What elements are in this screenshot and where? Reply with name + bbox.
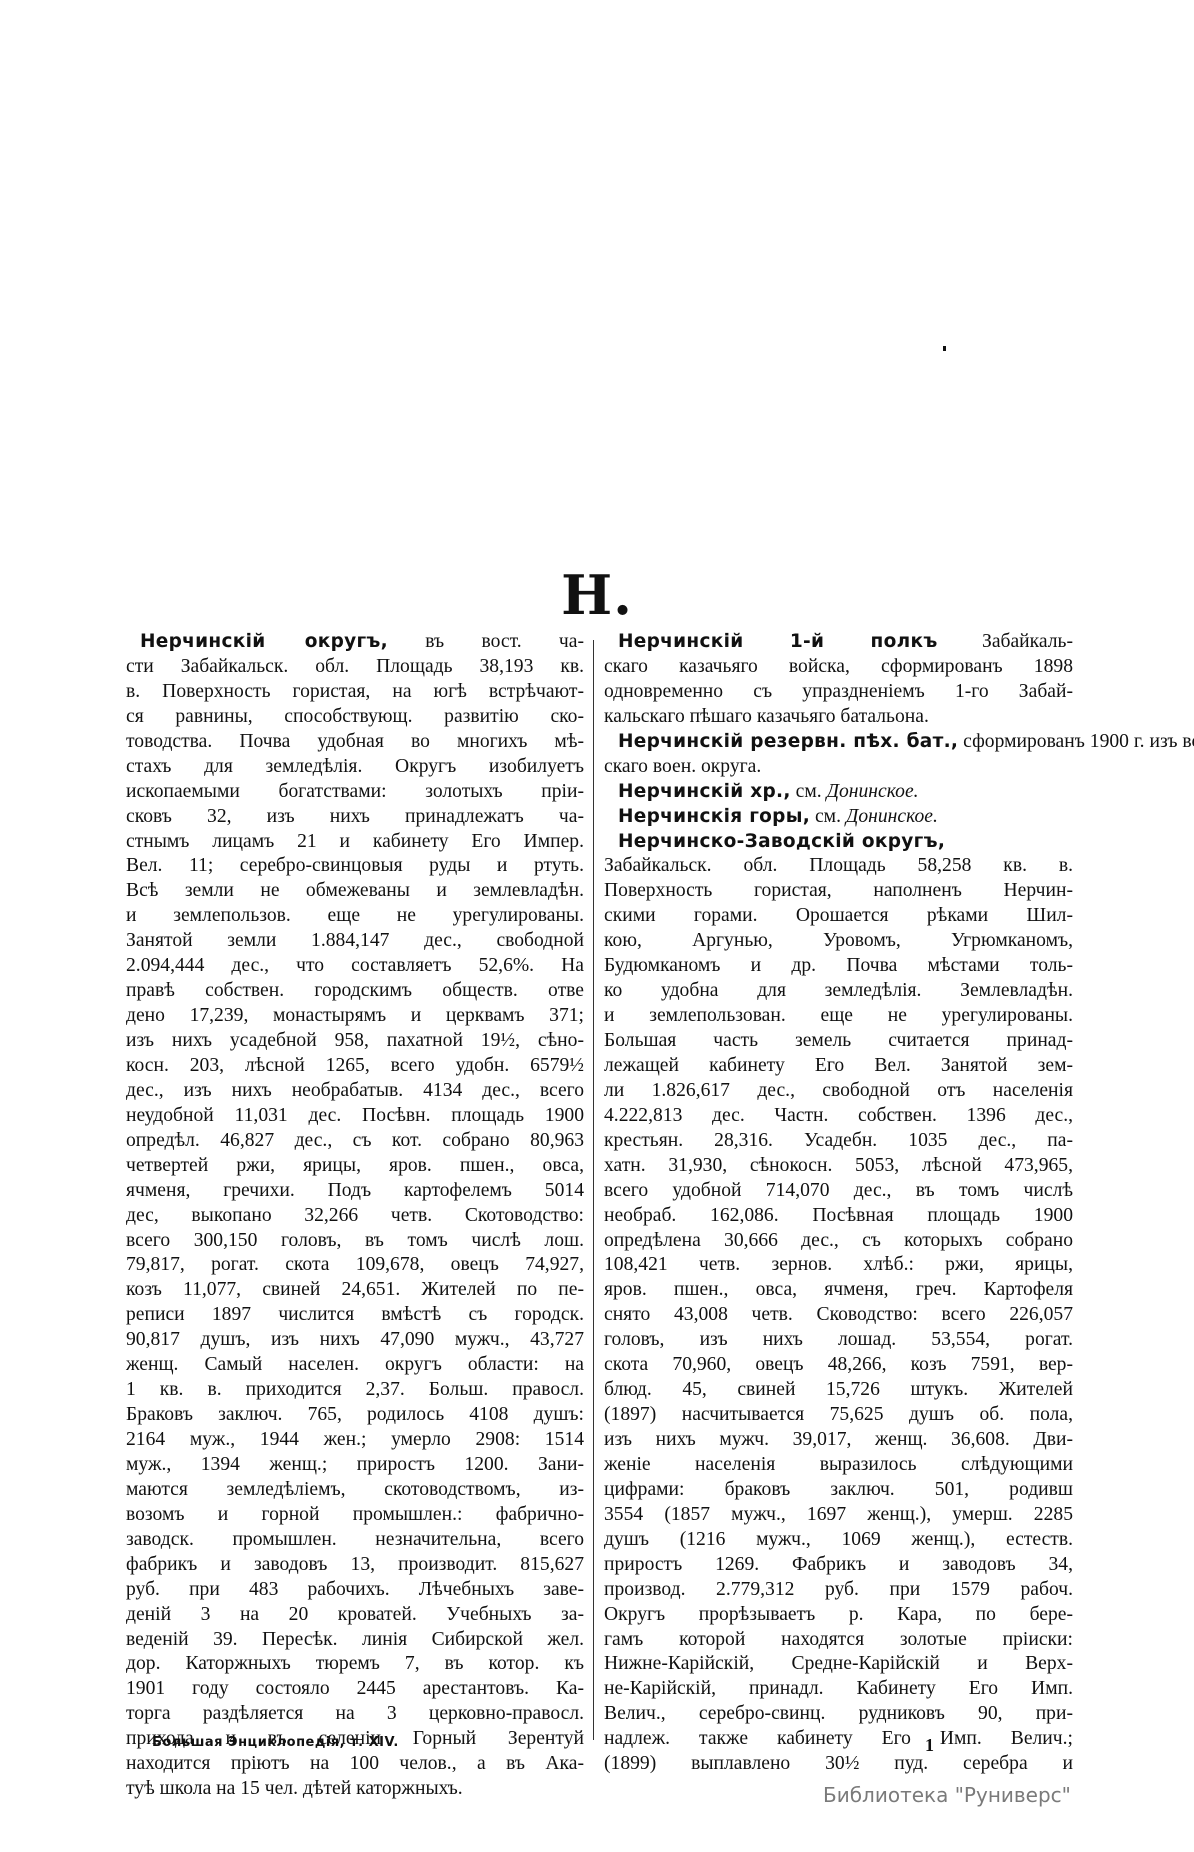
line-text: цифрами: браковъ заключ. 501, родивш <box>604 1479 1073 1500</box>
text-line: 4.222,813 дес. Частн. собствен. 1396 дес… <box>604 1104 1073 1129</box>
left-column: Нерчинскій округъ, въ вост. ча-сти Забай… <box>126 630 584 1802</box>
cross-reference-link: Донинское. <box>827 781 919 802</box>
text-line: заводск. промышлен. незначительна, всего <box>126 1528 584 1553</box>
text-line: в. Поверхность гористая, на югѣ встрѣчаю… <box>126 680 584 705</box>
line-text: 79,817, рогат. скота 109,678, овецъ 74,9… <box>126 1254 584 1275</box>
line-text: Округъ прорѣзываетъ р. Кара, по бере- <box>604 1604 1073 1625</box>
headword-line: Нерчинско-Заводскій округъ, <box>604 830 1073 855</box>
right-column: Нерчинскій 1-й полкъ Забайкаль-скаго каз… <box>604 630 1073 1777</box>
line-text: опредѣлена 30,666 дес., съ которыхъ собр… <box>604 1230 1073 1251</box>
text-line: скаго воен. округа. <box>604 755 1073 780</box>
line-text: в. Поверхность гористая, на югѣ встрѣчаю… <box>126 681 584 702</box>
line-text: дес., изъ нихъ необрабатыв. 4134 дес., в… <box>126 1080 584 1101</box>
text-line: изъ нихъ усадебной 958, пахатной 19½, сѣ… <box>126 1029 584 1054</box>
entry-headword: Нерчинскій хр., <box>618 781 791 802</box>
text-line: душъ (1216 мужч., 1069 женщ.), естеств. <box>604 1528 1073 1553</box>
text-line: 79,817, рогат. скота 109,678, овецъ 74,9… <box>126 1253 584 1278</box>
text-line: опредѣлена 30,666 дес., съ которыхъ собр… <box>604 1229 1073 1254</box>
line-text: стнымъ лицамъ 21 и кабинету Его Импер. <box>126 831 584 852</box>
text-line: скими горами. Орошается рѣками Шил- <box>604 904 1073 929</box>
line-text: сти Забайкальск. обл. Площадь 38,193 кв. <box>126 656 584 677</box>
text-line: и землепользован. еще не урегулированы. <box>604 1004 1073 1029</box>
text-line: торга раздѣляется на 3 церковно-правосл. <box>126 1702 584 1727</box>
line-text: изъ нихъ мужч. 39,017, женщ. 36,608. Дви… <box>604 1429 1073 1450</box>
text-line: Нижне-Карійскій, Средне-Карійскій и Верх… <box>604 1652 1073 1677</box>
line-text: правѣ собствен. городскимъ обществ. отве <box>126 980 584 1001</box>
line-text: неудобной 11,031 дес. Посѣвн. площадь 19… <box>126 1105 584 1126</box>
text-line: руб. при 483 рабочихъ. Лѣчебныхъ заве- <box>126 1578 584 1603</box>
text-line: сковъ 32, изъ нихъ принадлежатъ ча- <box>126 805 584 830</box>
text-line: приростъ 1269. Фабрикъ и заводовъ 34, <box>604 1553 1073 1578</box>
text-line: правѣ собствен. городскимъ обществ. отве <box>126 979 584 1004</box>
line-text: Большая часть земель считается принад- <box>604 1030 1073 1051</box>
text-line: дено 17,239, монастырямъ и церквамъ 371; <box>126 1004 584 1029</box>
text-line: (1897) насчитывается 75,625 душъ об. пол… <box>604 1403 1073 1428</box>
line-text: лежащей кабинету Его Вел. Занятой зем- <box>604 1055 1073 1076</box>
line-text: товодства. Почва удобная во многихъ мѣ- <box>126 731 584 752</box>
line-text: кальскаго пѣшаго казачьяго батальона. <box>604 706 929 727</box>
text-line: возомъ и горной промышлен.: фабрично- <box>126 1503 584 1528</box>
line-text: фабрикъ и заводовъ 13, производит. 815,6… <box>126 1554 584 1575</box>
line-text: косн. 203, лѣсной 1265, всего удобн. 657… <box>126 1055 584 1076</box>
text-line: туѣ школа на 15 чел. дѣтей каторжныхъ. <box>126 1777 584 1802</box>
line-text: не-Карійскій, принадл. Кабинету Его Имп. <box>604 1678 1073 1699</box>
line-text: (1897) насчитывается 75,625 душъ об. пол… <box>604 1404 1073 1425</box>
text-line: снято 43,008 четв. Сководство: всего 226… <box>604 1303 1073 1328</box>
line-text: 3554 (1857 мужч., 1697 женщ.), умерш. 22… <box>604 1504 1073 1525</box>
text-line: муж., 1394 женщ.; приростъ 1200. Зани- <box>126 1453 584 1478</box>
text-line: Браковъ заключ. 765, родилось 4108 душъ: <box>126 1403 584 1428</box>
line-text: женщ. Самый населен. округъ области: на <box>126 1354 584 1375</box>
text-line: лежащей кабинету Его Вел. Занятой зем- <box>604 1054 1073 1079</box>
line-text: ко удобна для земледѣлія. Землевладѣн. <box>604 980 1073 1001</box>
line-text: женіе населенія выразилось слѣдующими <box>604 1454 1073 1475</box>
line-text: ячменя, гречихи. Подъ картофелемъ 5014 <box>126 1180 584 1201</box>
text-line: дес., изъ нихъ необрабатыв. 4134 дес., в… <box>126 1079 584 1104</box>
text-line: дес, выкопано 32,266 четв. Скотоводство: <box>126 1204 584 1229</box>
line-text: крестьян. 28,316. Усадебн. 1035 дес., па… <box>604 1130 1073 1151</box>
text-line: Забайкальск. обл. Площадь 58,258 кв. в. <box>604 854 1073 879</box>
line-text: яров. пшен., овса, ячменя, греч. Картофе… <box>604 1279 1073 1300</box>
text-line: Будюмканомъ и др. Почва мѣстами толь- <box>604 954 1073 979</box>
line-text: торга раздѣляется на 3 церковно-правосл. <box>126 1703 584 1724</box>
line-text: Забайкальск. обл. Площадь 58,258 кв. в. <box>604 855 1073 876</box>
line-text: скаго воен. округа. <box>604 756 761 777</box>
text-line: женщ. Самый населен. округъ области: на <box>126 1353 584 1378</box>
library-watermark: Библиотека "Руниверс" <box>823 1783 1071 1807</box>
line-text: сковъ 32, изъ нихъ принадлежатъ ча- <box>126 806 584 827</box>
text-line: товодства. Почва удобная во многихъ мѣ- <box>126 730 584 755</box>
text-line: женіе населенія выразилось слѣдующими <box>604 1453 1073 1478</box>
line-text: заводск. промышлен. незначительна, всего <box>126 1529 584 1550</box>
text-line: косн. 203, лѣсной 1265, всего удобн. 657… <box>126 1054 584 1079</box>
encyclopedia-entry: Нерчинскій 1-й полкъ Забайкаль-скаго каз… <box>604 630 1073 730</box>
line-text: стахъ для земледѣлія. Округъ изобилуетъ <box>126 756 584 777</box>
text-line: производ. 2.779,312 руб. при 1579 рабоч. <box>604 1578 1073 1603</box>
text-line: (1899) выплавлено 30½ пуд. серебра и <box>604 1752 1073 1777</box>
line-text: руб. при 483 рабочихъ. Лѣчебныхъ заве- <box>126 1579 584 1600</box>
text-line: дор. Каторжныхъ тюремъ 7, въ котор. къ <box>126 1652 584 1677</box>
text-line: Велич., серебро-свинц. рудниковъ 90, при… <box>604 1702 1073 1727</box>
line-text: муж., 1394 женщ.; приростъ 1200. Зани- <box>126 1454 584 1475</box>
text-line: надлеж. также кабинету Его Имп. Велич.; <box>604 1727 1073 1752</box>
line-text: козъ 11,077, свиней 24,651. Жителей по п… <box>126 1279 584 1300</box>
line-text: душъ (1216 мужч., 1069 женщ.), естеств. <box>604 1529 1073 1550</box>
line-text: Будюмканомъ и др. Почва мѣстами толь- <box>604 955 1073 976</box>
line-text: деній 3 на 20 кроватей. Учебныхъ за- <box>126 1604 584 1625</box>
section-letter-heading: Н. <box>0 565 1194 625</box>
text-line: кальскаго пѣшаго казачьяго батальона. <box>604 705 1073 730</box>
footer-volume-title: Большая Энциклопедія, т. XIV. <box>152 1735 399 1750</box>
text-line: 3554 (1857 мужч., 1697 женщ.), умерш. 22… <box>604 1503 1073 1528</box>
cross-reference-line: Нерчинскій хр., см. Донинское. <box>604 780 1073 805</box>
line-text: приростъ 1269. Фабрикъ и заводовъ 34, <box>604 1554 1073 1575</box>
text-line: ископаемыми богатствами: золотыхъ пріи- <box>126 780 584 805</box>
line-text: Занятой земли 1.884,147 дес., свободной <box>126 930 584 951</box>
line-text: ископаемыми богатствами: золотыхъ пріи- <box>126 781 584 802</box>
line-text: 2164 муж., 1944 жен.; умерло 2908: 1514 <box>126 1429 584 1450</box>
text-line: Всѣ земли не обмежеваны и землевладѣн. <box>126 879 584 904</box>
text-line: цифрами: браковъ заключ. 501, родивш <box>604 1478 1073 1503</box>
text-line: Нерчинскій резервн. пѣх. бат., сформиров… <box>604 730 1073 755</box>
line-text: Всѣ земли не обмежеваны и землевладѣн. <box>126 880 584 901</box>
text-line: блюд. 45, свиней 15,726 штукъ. Жителей <box>604 1378 1073 1403</box>
line-text: Браковъ заключ. 765, родилось 4108 душъ: <box>126 1404 584 1425</box>
cross-reference-link: Донинское. <box>846 806 938 827</box>
text-line: яров. пшен., овса, ячменя, греч. Картофе… <box>604 1278 1073 1303</box>
line-text: четвертей ржи, ярицы, яров. пшен., овса, <box>126 1155 584 1176</box>
line-text: кою, Аргунью, Уровомъ, Угрюмканомъ, <box>604 930 1073 951</box>
line-text: дено 17,239, монастырямъ и церквамъ 371; <box>126 1005 584 1026</box>
line-text: туѣ школа на 15 чел. дѣтей каторжныхъ. <box>126 1778 463 1799</box>
text-line: фабрикъ и заводовъ 13, производит. 815,6… <box>126 1553 584 1578</box>
line-text: въ вост. ча- <box>425 631 584 652</box>
line-text: 1 кв. в. приходится 2,37. Больш. правосл… <box>126 1379 584 1400</box>
line-text: Велич., серебро-свинц. рудниковъ 90, при… <box>604 1703 1073 1724</box>
line-text: Нижне-Карійскій, Средне-Карійскій и Верх… <box>604 1653 1073 1674</box>
line-text: возомъ и горной промышлен.: фабрично- <box>126 1504 584 1525</box>
line-text: скота 70,960, овецъ 48,266, козъ 7591, в… <box>604 1354 1073 1375</box>
text-line: 108,421 четв. зернов. хлѣб.: ржи, ярицы, <box>604 1253 1073 1278</box>
text-line: козъ 11,077, свиней 24,651. Жителей по п… <box>126 1278 584 1303</box>
line-text: дес, выкопано 32,266 четв. Скотоводство: <box>126 1205 584 1226</box>
text-line: стнымъ лицамъ 21 и кабинету Его Импер. <box>126 830 584 855</box>
text-line: гамъ которой находятся золотые пріиски: <box>604 1628 1073 1653</box>
text-line: ячменя, гречихи. Подъ картофелемъ 5014 <box>126 1179 584 1204</box>
text-line: неудобной 11,031 дес. Посѣвн. площадь 19… <box>126 1104 584 1129</box>
line-text: головъ, изъ нихъ лошад. 53,554, рогат. <box>604 1329 1073 1350</box>
text-line: 90,817 душъ, изъ нихъ 47,090 мужч., 43,7… <box>126 1328 584 1353</box>
text-line: 1 кв. в. приходится 2,37. Больш. правосл… <box>126 1378 584 1403</box>
line-text: надлеж. также кабинету Его Имп. Велич.; <box>604 1728 1073 1749</box>
line-text: реписи 1897 числится вмѣстѣ съ городск. <box>126 1304 584 1325</box>
line-text: веденій 39. Пересѣк. линія Сибирской жел… <box>126 1629 584 1650</box>
text-line: Большая часть земель считается принад- <box>604 1029 1073 1054</box>
text-line: кою, Аргунью, Уровомъ, Угрюмканомъ, <box>604 929 1073 954</box>
text-line: ся равнины, способствующ. развитію ско- <box>126 705 584 730</box>
text-line: деній 3 на 20 кроватей. Учебныхъ за- <box>126 1603 584 1628</box>
encyclopedia-entry: Нерчинскій резервн. пѣх. бат., сформиров… <box>604 730 1073 780</box>
line-text: (1899) выплавлено 30½ пуд. серебра и <box>604 1753 1073 1774</box>
line-text: снято 43,008 четв. Сководство: всего 226… <box>604 1304 1073 1325</box>
text-line: скаго казачьяго войска, сформированъ 189… <box>604 655 1073 680</box>
line-text: 2.094,444 дес., что составляетъ 52,6%. Н… <box>126 955 584 976</box>
page-signature-mark: 1 <box>925 1735 934 1756</box>
line-text: маются земледѣліемъ, скотоводствомъ, из- <box>126 1479 584 1500</box>
scan-speck <box>943 346 946 351</box>
cross-reference-line: Нерчинскія горы, см. Донинское. <box>604 805 1073 830</box>
column-divider <box>593 640 594 1740</box>
text-line: реписи 1897 числится вмѣстѣ съ городск. <box>126 1303 584 1328</box>
line-text: всего удобной 714,070 дес., въ томъ числ… <box>604 1180 1073 1201</box>
line-text: скими горами. Орошается рѣками Шил- <box>604 905 1073 926</box>
text-line: стахъ для земледѣлія. Округъ изобилуетъ <box>126 755 584 780</box>
text-line: необраб. 162,086. Посѣвная площадь 1900 <box>604 1204 1073 1229</box>
line-text: дор. Каторжныхъ тюремъ 7, въ котор. къ <box>126 1653 584 1674</box>
text-line: не-Карійскій, принадл. Кабинету Его Имп. <box>604 1677 1073 1702</box>
line-text: блюд. 45, свиней 15,726 штукъ. Жителей <box>604 1379 1073 1400</box>
see-label: см. <box>796 781 822 802</box>
text-line: одновременно съ упраздненіемъ 1-го Забай… <box>604 680 1073 705</box>
text-line: 2164 муж., 1944 жен.; умерло 2908: 1514 <box>126 1428 584 1453</box>
text-line: сти Забайкальск. обл. Площадь 38,193 кв. <box>126 655 584 680</box>
line-text: сформированъ 1900 г. изъ войскъ Пріамур- <box>963 731 1194 752</box>
line-text: и землепользован. еще не урегулированы. <box>604 1005 1073 1026</box>
text-line: веденій 39. Пересѣк. линія Сибирской жел… <box>126 1628 584 1653</box>
entry-headword: Нерчинскій округъ, <box>140 631 388 652</box>
text-line: Поверхность гористая, наполненъ Нерчин- <box>604 879 1073 904</box>
text-line: 1901 году состояло 2445 арестантовъ. Ка- <box>126 1677 584 1702</box>
text-line: маются земледѣліемъ, скотоводствомъ, из- <box>126 1478 584 1503</box>
entry-headword: Нерчинскій 1-й полкъ <box>618 631 938 652</box>
text-line: находится пріютъ на 100 челов., а въ Ака… <box>126 1752 584 1777</box>
text-line: Округъ прорѣзываетъ р. Кара, по бере- <box>604 1603 1073 1628</box>
line-text: производ. 2.779,312 руб. при 1579 рабоч. <box>604 1579 1073 1600</box>
line-text: 108,421 четв. зернов. хлѣб.: ржи, ярицы, <box>604 1254 1073 1275</box>
text-line: хатн. 31,930, сѣнокосн. 5053, лѣсной 473… <box>604 1154 1073 1179</box>
text-line: изъ нихъ мужч. 39,017, женщ. 36,608. Дви… <box>604 1428 1073 1453</box>
encyclopedia-entry: Нерчинско-Заводскій округъ,Забайкальск. … <box>604 830 1073 1778</box>
entry-headword: Нерчинско-Заводскій округъ, <box>618 831 945 852</box>
text-line: ли 1.826,617 дес., свободной отъ населен… <box>604 1079 1073 1104</box>
text-line: и землепользов. еще не урегулированы. <box>126 904 584 929</box>
line-text: опредѣл. 46,827 дес., съ кот. собрано 80… <box>126 1130 584 1151</box>
line-text: Вел. 11; серебро-свинцовыя руды и ртуть. <box>126 855 584 876</box>
line-text: Забайкаль- <box>982 631 1073 652</box>
line-text: всего 300,150 головъ, въ томъ числѣ лош. <box>126 1230 584 1251</box>
entry-headword: Нерчинскій резервн. пѣх. бат., <box>618 731 958 752</box>
line-text: 90,817 душъ, изъ нихъ 47,090 мужч., 43,7… <box>126 1329 584 1350</box>
text-line: четвертей ржи, ярицы, яров. пшен., овса, <box>126 1154 584 1179</box>
text-line: всего удобной 714,070 дес., въ томъ числ… <box>604 1179 1073 1204</box>
text-line: всего 300,150 головъ, въ томъ числѣ лош. <box>126 1229 584 1254</box>
text-line: Занятой земли 1.884,147 дес., свободной <box>126 929 584 954</box>
line-text: одновременно съ упраздненіемъ 1-го Забай… <box>604 681 1073 702</box>
line-text: необраб. 162,086. Посѣвная площадь 1900 <box>604 1205 1073 1226</box>
text-line: опредѣл. 46,827 дес., съ кот. собрано 80… <box>126 1129 584 1154</box>
line-text: ся равнины, способствующ. развитію ско- <box>126 706 584 727</box>
line-text: ли 1.826,617 дес., свободной отъ населен… <box>604 1080 1073 1101</box>
encyclopedia-entry: Нерчинскій хр., см. Донинское. <box>604 780 1073 805</box>
text-line: Вел. 11; серебро-свинцовыя руды и ртуть. <box>126 854 584 879</box>
text-line: головъ, изъ нихъ лошад. 53,554, рогат. <box>604 1328 1073 1353</box>
see-label: см. <box>815 806 841 827</box>
text-line: Нерчинскій округъ, въ вост. ча- <box>126 630 584 655</box>
text-line: ко удобна для земледѣлія. Землевладѣн. <box>604 979 1073 1004</box>
encyclopedia-entry: Нерчинскія горы, см. Донинское. <box>604 805 1073 830</box>
line-text: Поверхность гористая, наполненъ Нерчин- <box>604 880 1073 901</box>
text-line: крестьян. 28,316. Усадебн. 1035 дес., па… <box>604 1129 1073 1154</box>
line-text: скаго казачьяго войска, сформированъ 189… <box>604 656 1073 677</box>
text-line: 2.094,444 дес., что составляетъ 52,6%. Н… <box>126 954 584 979</box>
line-text: и землепользов. еще не урегулированы. <box>126 905 584 926</box>
text-line: скота 70,960, овецъ 48,266, козъ 7591, в… <box>604 1353 1073 1378</box>
line-text: изъ нихъ усадебной 958, пахатной 19½, сѣ… <box>126 1030 584 1051</box>
line-text: 4.222,813 дес. Частн. собствен. 1396 дес… <box>604 1105 1073 1126</box>
line-text: находится пріютъ на 100 челов., а въ Ака… <box>126 1753 584 1774</box>
text-line: Нерчинскій 1-й полкъ Забайкаль- <box>604 630 1073 655</box>
line-text: хатн. 31,930, сѣнокосн. 5053, лѣсной 473… <box>604 1155 1073 1176</box>
line-text: гамъ которой находятся золотые пріиски: <box>604 1629 1073 1650</box>
entry-headword: Нерчинскія горы, <box>618 806 810 827</box>
line-text: 1901 году состояло 2445 арестантовъ. Ка- <box>126 1678 584 1699</box>
